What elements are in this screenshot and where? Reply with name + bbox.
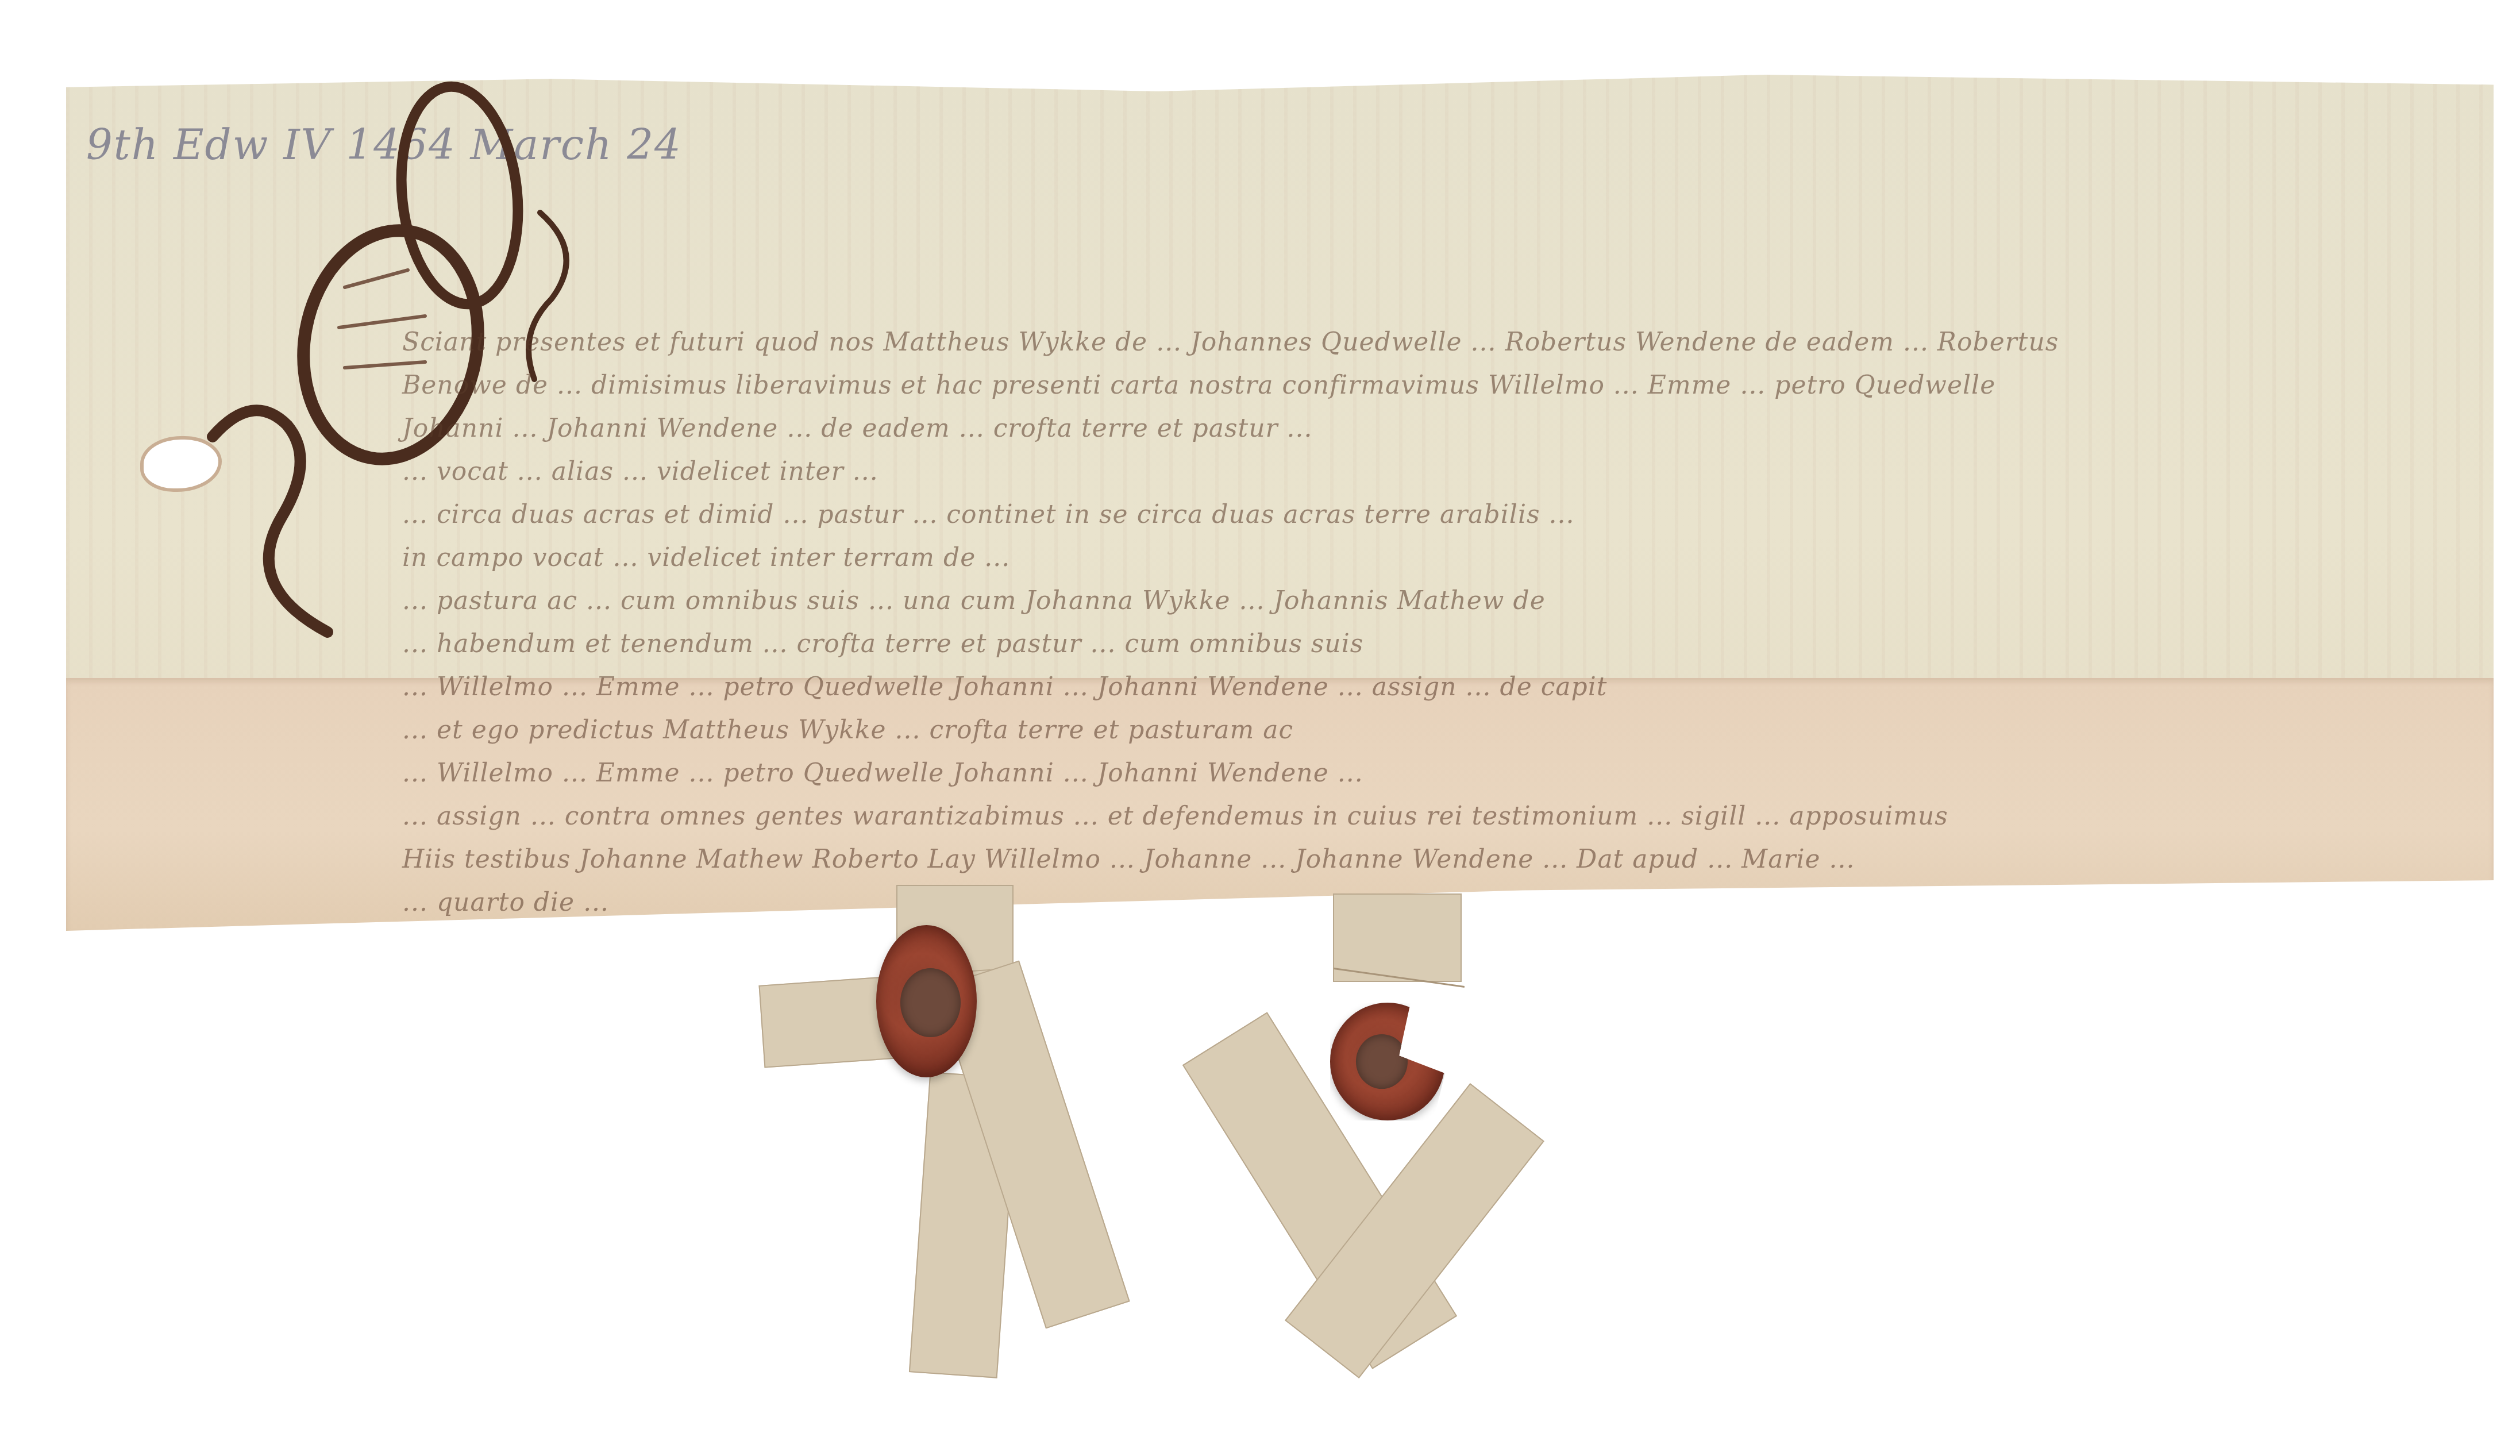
- wax-seal-2: [1330, 1003, 1445, 1120]
- seal-impression: [1356, 1034, 1408, 1089]
- text-line: in campo vocat ... videlicet inter terra…: [402, 543, 1010, 572]
- text-line: Hiis testibus Johanne Mathew Roberto Lay…: [402, 845, 1855, 874]
- text-line: ... habendum et tenendum ... crofta terr…: [402, 629, 1363, 658]
- text-line: ... Willelmo ... Emme ... petro Quedwell…: [402, 672, 1608, 702]
- text-line: Sciant presentes et futuri quod nos Matt…: [402, 328, 2059, 357]
- text-line: ... assign ... contra omnes gentes waran…: [402, 802, 1948, 831]
- text-line: Benowe de ... dimisimus liberavimus et h…: [402, 371, 1995, 400]
- wax-seal-1: [876, 925, 977, 1077]
- seal-tag-upper: [1333, 893, 1462, 982]
- text-line: ... vocat ... alias ... videlicet inter …: [402, 457, 878, 486]
- text-line: ... et ego predictus Mattheus Wykke ... …: [402, 715, 1293, 745]
- text-line: ... circa duas acras et dimid ... pastur…: [402, 500, 1574, 529]
- text-line: ... Willelmo ... Emme ... petro Quedwell…: [402, 758, 1363, 788]
- text-line: ... quarto die ...: [402, 888, 609, 917]
- text-line: Johanni ... Johanni Wendene ... de eadem…: [402, 414, 1313, 443]
- seal-impression: [900, 968, 961, 1037]
- text-line: ... pastura ac ... cum omnibus suis ... …: [402, 586, 1546, 615]
